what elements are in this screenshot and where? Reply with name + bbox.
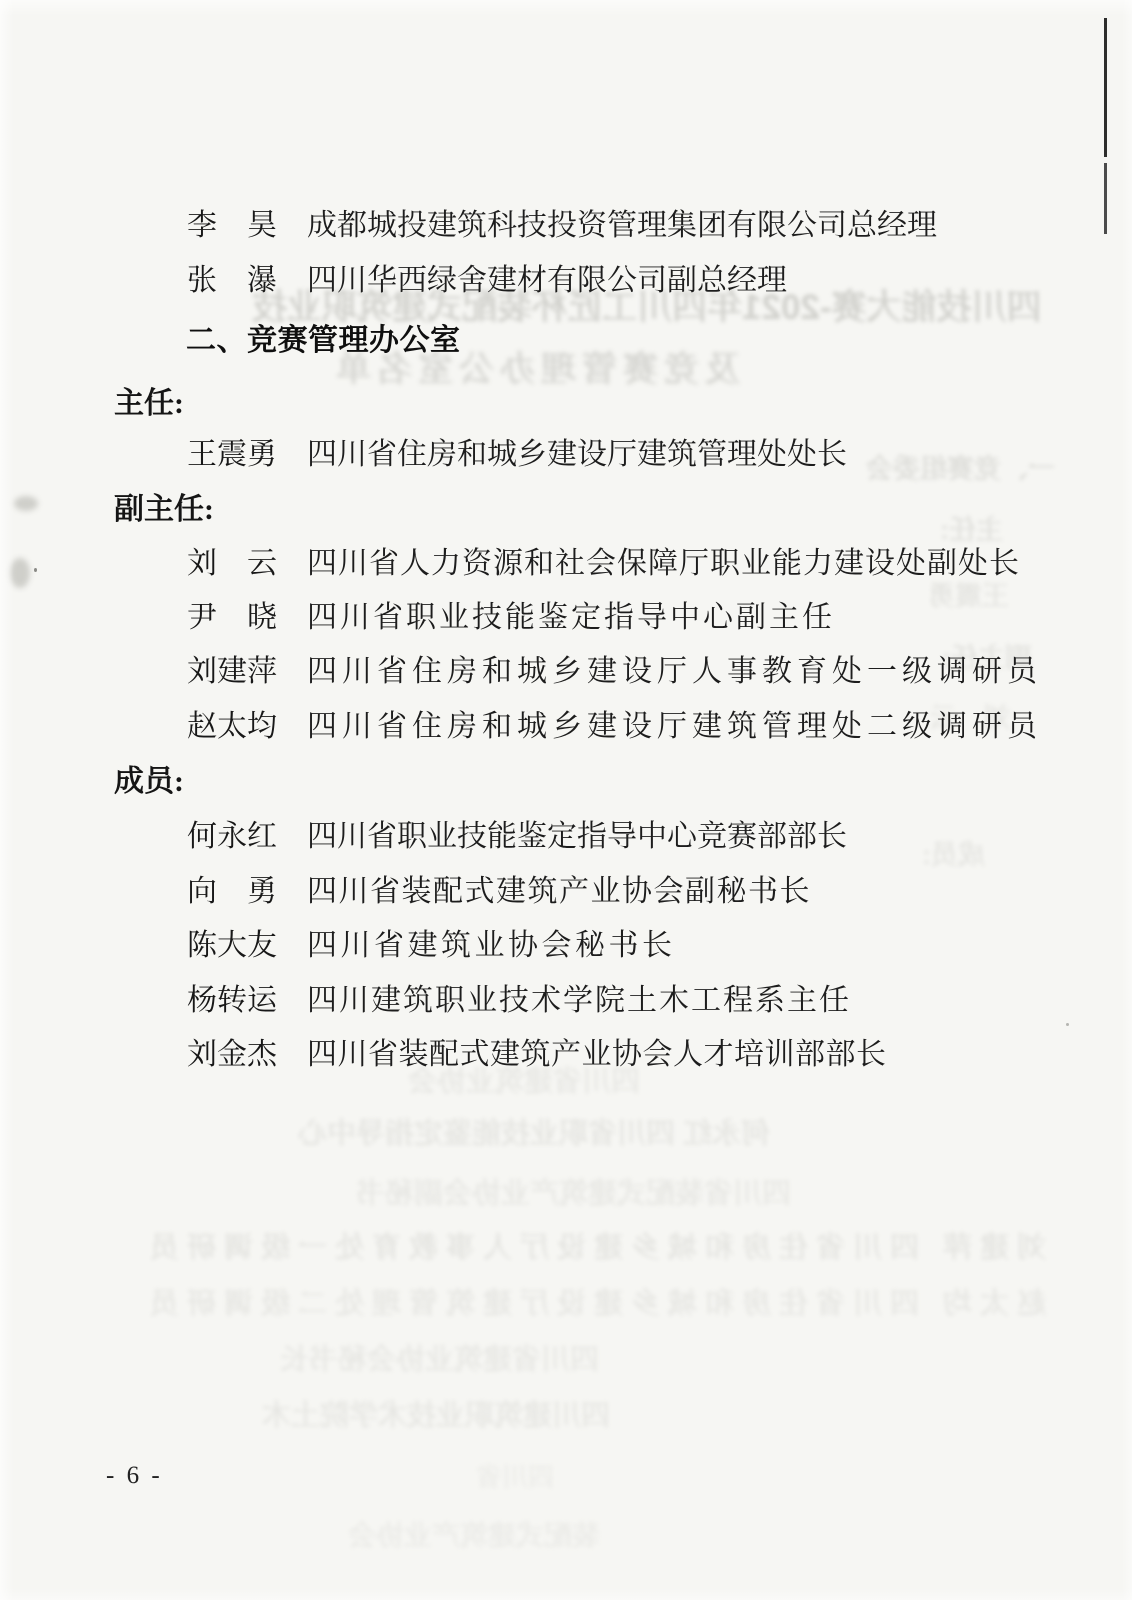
member-title: 四川建筑职业技术学院土木工程系主任 (307, 984, 851, 1017)
group-label-members: 成员: (114, 767, 184, 797)
bleedthrough-text: 一、竞赛组委会 (866, 456, 1055, 483)
member-name: 刘 云 (187, 549, 277, 579)
member-row: 刘建萍四川省住房和城乡建设厅人事教育处一级调研员 (187, 657, 1042, 687)
member-title: 四川省建筑业协会秘书长 (307, 929, 676, 962)
bleedthrough-text: 何永红 四川省职业技能鉴定指导中心 (298, 1120, 770, 1149)
member-row: 杨转运四川建筑职业技术学院土木工程系主任 (187, 986, 851, 1016)
scan-speck (34, 568, 37, 572)
bleedthrough-text: 四川建筑职业技术学院土木 (262, 1402, 610, 1431)
bleedthrough-text: 赵太均 四川省住房和城乡建设厅建筑管理处二级调研员 (142, 1290, 1046, 1319)
member-title: 四川省人力资源和社会保障厅职业能力建设处副处长 (307, 547, 1020, 580)
member-name: 张 瀑 (187, 266, 277, 296)
member-title: 四川省职业技能鉴定指导中心副主任 (307, 601, 835, 634)
member-title: 四川省住房和城乡建设厅人事教育处一级调研员 (307, 655, 1042, 688)
member-row: 王震勇四川省住房和城乡建设厅建筑管理处处长 (187, 440, 847, 470)
member-title: 四川省装配式建筑产业协会人才培训部部长 (307, 1038, 887, 1071)
member-row: 何永红四川省职业技能鉴定指导中心竞赛部部长 (187, 822, 847, 852)
bleedthrough-text: 成员: (922, 842, 985, 869)
member-row: 刘金杰四川省装配式建筑产业协会人才培训部部长 (187, 1040, 887, 1070)
scan-smudge (10, 558, 30, 588)
group-label-deputy-director: 副主任: (114, 495, 214, 525)
scan-smudge (14, 496, 38, 511)
member-title: 四川省住房和城乡建设厅建筑管理处二级调研员 (307, 710, 1042, 743)
scanned-document-page: 四川技能大赛-2021年四川工匠杯装配式建筑职业技 及竞赛管理办公室名单 一、竞… (0, 0, 1132, 1600)
member-row: 张 瀑四川华西绿舍建材有限公司副总经理 (187, 266, 787, 296)
member-row: 李 昊成都城投建筑科技投资管理集团有限公司总经理 (187, 211, 937, 241)
member-row: 尹 晓四川省职业技能鉴定指导中心副主任 (187, 603, 835, 633)
bleedthrough-text: 装配式建筑产业协会 (348, 1522, 600, 1550)
member-title: 成都城投建筑科技投资管理集团有限公司总经理 (307, 209, 937, 242)
member-row: 陈大友四川省建筑业协会秘书长 (187, 931, 676, 961)
scan-edge-line (1104, 163, 1107, 234)
bleedthrough-text: 四川省装配式建筑产业协会副秘书 (356, 1180, 791, 1209)
member-title: 四川省装配式建筑产业协会副秘书长 (307, 875, 811, 908)
bleedthrough-text: 王震勇 (928, 583, 1009, 610)
member-title: 四川省职业技能鉴定指导中心竞赛部部长 (307, 820, 847, 853)
scan-speck (1066, 1023, 1069, 1026)
member-name: 李 昊 (187, 211, 277, 241)
bleedthrough-text: 及竞赛管理办公室名单 (330, 352, 740, 387)
bleedthrough-text: 四川省建筑业协会 (408, 1068, 640, 1097)
member-name: 陈大友 (187, 931, 277, 961)
member-name: 刘建萍 (187, 657, 277, 687)
scan-edge-line (1104, 18, 1107, 157)
bleedthrough-text: 四川省建筑业协会秘书长 (280, 1346, 599, 1375)
group-label-director: 主任: (114, 389, 184, 419)
member-title: 四川省住房和城乡建设厅建筑管理处处长 (307, 438, 847, 471)
member-name: 尹 晓 (187, 603, 277, 633)
bleedthrough-text: 主任: (940, 517, 1003, 544)
member-row: 向 勇四川省装配式建筑产业协会副秘书长 (187, 877, 811, 907)
member-name: 何永红 (187, 822, 277, 852)
member-title: 四川华西绿舍建材有限公司副总经理 (307, 264, 787, 297)
bleedthrough-text: 四川省 (476, 1464, 554, 1490)
member-name: 刘金杰 (187, 1040, 277, 1070)
member-name: 杨转运 (187, 986, 277, 1016)
member-name: 向 勇 (187, 877, 277, 907)
member-row: 赵太均四川省住房和城乡建设厅建筑管理处二级调研员 (187, 712, 1042, 742)
member-row: 刘 云四川省人力资源和社会保障厅职业能力建设处副处长 (187, 549, 1020, 579)
bleedthrough-text: 刘建萍 四川省住房和城乡建设厅人事教育处一级调研员 (142, 1234, 1046, 1263)
page-number: - 6 - (106, 1462, 163, 1490)
member-name: 赵太均 (187, 712, 277, 742)
member-name: 王震勇 (187, 440, 277, 470)
section-heading: 二、竞赛管理办公室 (186, 326, 461, 356)
